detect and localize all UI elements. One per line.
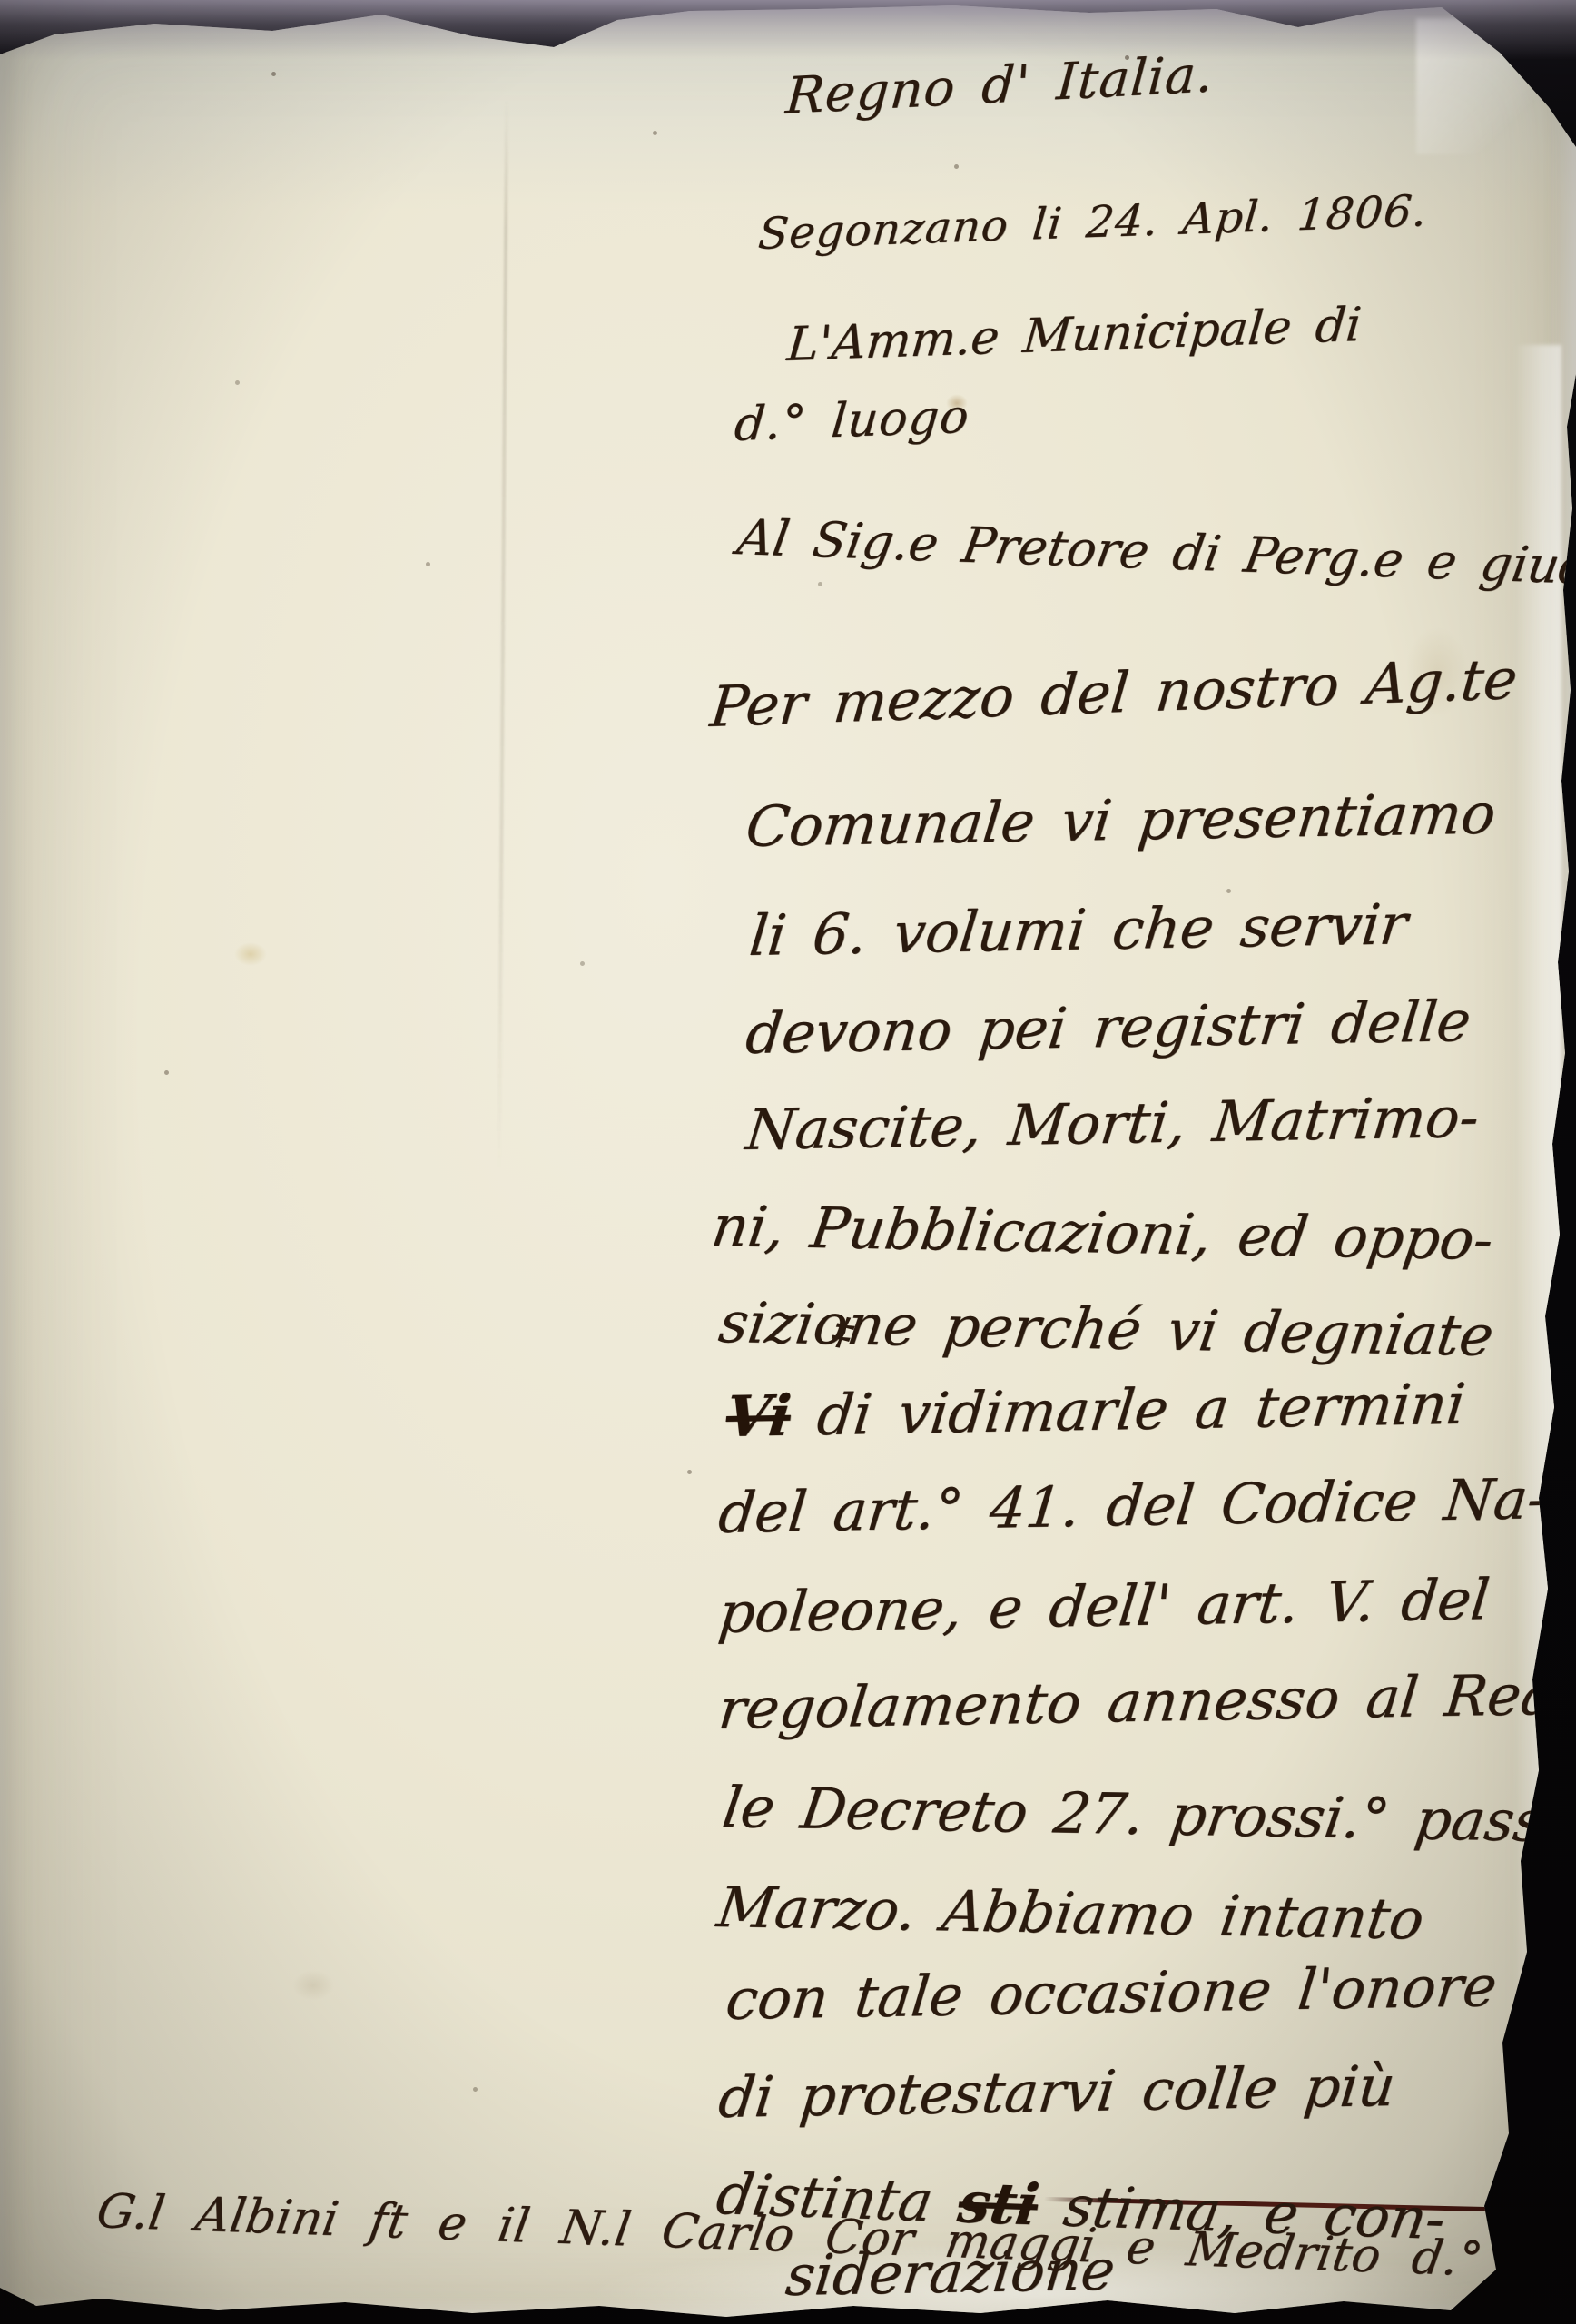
struck-word: Vi <box>723 1383 793 1450</box>
photo-of-letter: ‡ Regno d' Italia.Segonzano li 24. Apl. … <box>0 0 1576 2324</box>
paper-sheet: ‡ Regno d' Italia.Segonzano li 24. Apl. … <box>0 0 1576 2324</box>
body-line: Vi di vidimarle a termini <box>723 1371 1468 1450</box>
body-line: devono pei registri delle <box>743 988 1473 1067</box>
heading-line: Segonzano li 24. Apl. 1806. <box>756 185 1430 260</box>
body-line: regolamento annesso al Rea- <box>715 1661 1576 1742</box>
body-line: Nascite, Morti, Matrimo- <box>743 1084 1482 1163</box>
heading-line: Al Sig.e Pretore di Perg.e e giud.o <box>734 508 1576 597</box>
body-line: del art.° 41. del Codice Na- <box>715 1465 1550 1546</box>
body-line: Marzo. Abbiamo intanto <box>714 1874 1428 1953</box>
body-line: con tale occasione l'onore <box>723 1953 1500 2033</box>
line-text: di vidimarle a termini <box>787 1371 1468 1449</box>
body-line: Comunale vi presentiamo <box>743 781 1499 860</box>
body-line: sizione perché vi degniate <box>715 1289 1498 1369</box>
body-line: di protestarvi colle più <box>715 2053 1398 2131</box>
heading-line: d.° luogo <box>733 389 972 452</box>
body-line: ni, Pubblicazioni, ed oppo- <box>708 1193 1498 1273</box>
body-line: poleone, e dell' art. V. del <box>715 1566 1492 1646</box>
heading-line: L'Amm.e Municipale di <box>785 298 1364 372</box>
body-line: le Decreto 27. prossi.° passato <box>719 1774 1576 1856</box>
body-line: Per mezzo del nostro Ag.te <box>708 645 1521 740</box>
photo-top-haze <box>0 0 1576 60</box>
ink-layer: ‡ Regno d' Italia.Segonzano li 24. Apl. … <box>0 0 1576 2324</box>
body-line: li 6. volumi che servir <box>746 891 1411 969</box>
